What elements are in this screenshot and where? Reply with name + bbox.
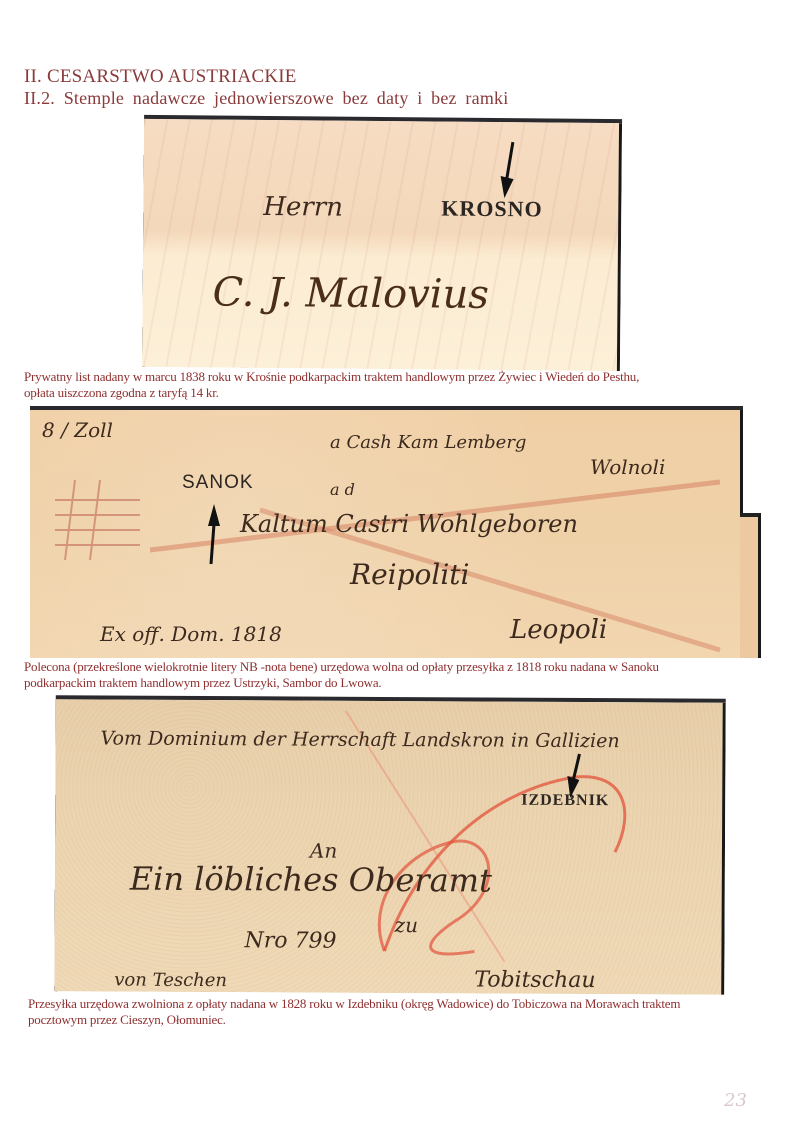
- page-number: 23: [724, 1090, 747, 1111]
- caption-line: pocztowym przez Cieszyn, Ołomuniec.: [28, 1012, 788, 1028]
- paper-background: [142, 119, 622, 371]
- handwriting-line: Wolnoli: [590, 455, 665, 479]
- caption-izdebnik: Przesyłka urzędowa zwolniona z opłaty na…: [28, 996, 788, 1028]
- section-subtitle: II.2. Stemple nadawcze jednowierszowe be…: [24, 88, 508, 109]
- handwriting-line: Herrn: [263, 192, 343, 223]
- postmark-stamp: KROSNO: [441, 196, 543, 223]
- handwriting-line: Nro 799: [244, 928, 336, 953]
- caption-line: podkarpackim traktem handlowym przez Ust…: [24, 675, 784, 691]
- handwriting-line: zu: [395, 913, 419, 937]
- handwriting-line: Tobitschau: [474, 967, 595, 993]
- handwriting-line: Vom Dominium der Herrschaft Landskron in…: [100, 727, 619, 752]
- arrow-down-icon: [563, 754, 583, 798]
- caption-krosno: Prywatny list nadany w marcu 1838 roku w…: [24, 369, 784, 401]
- handwriting-line: Reipoliti: [350, 558, 470, 591]
- handwriting-line: a d: [330, 480, 355, 499]
- handwriting-line: Ex off. Dom. 1818: [100, 622, 282, 646]
- handwriting-line: a Cash Kam Lemberg: [330, 432, 526, 453]
- arrow-up-icon: [206, 504, 222, 564]
- handwriting-line: C. J. Malovius: [212, 270, 489, 318]
- caption-line: Przesyłka urzędowa zwolniona z opłaty na…: [28, 996, 788, 1012]
- handwriting-line: Leopoli: [510, 615, 607, 645]
- caption-line: Prywatny list nadany w marcu 1838 roku w…: [24, 369, 784, 385]
- letter-image-izdebnik: Vom Dominium der Herrschaft Landskron in…: [54, 695, 726, 995]
- handwriting-line: von Teschen: [114, 970, 227, 992]
- caption-line: Polecona (przekreślone wielokrotnie lite…: [24, 659, 784, 675]
- arrow-down-icon: [498, 142, 518, 198]
- caption-line: opłata uiszczona zgodna z taryfą 14 kr.: [24, 385, 784, 401]
- letter-image-sanok: 8 / Zoll a Cash Kam Lemberg Wolnoli a d …: [30, 406, 743, 658]
- handwriting-line: 8 / Zoll: [42, 418, 113, 442]
- handwriting-line: Ein löbliches Oberamt: [130, 860, 492, 900]
- page-title: II. CESARSTWO AUSTRIACKIE: [24, 66, 297, 88]
- handwriting-line: An: [310, 839, 337, 863]
- postmark-stamp: SANOK: [182, 472, 254, 494]
- letter-image-krosno: Herrn C. J. Malovius KROSNO: [142, 115, 622, 371]
- caption-sanok: Polecona (przekreślone wielokrotnie lite…: [24, 659, 784, 691]
- handwriting-line: Kaltum Castri Wohlgeboren: [240, 510, 578, 538]
- letter-flap: [740, 513, 761, 658]
